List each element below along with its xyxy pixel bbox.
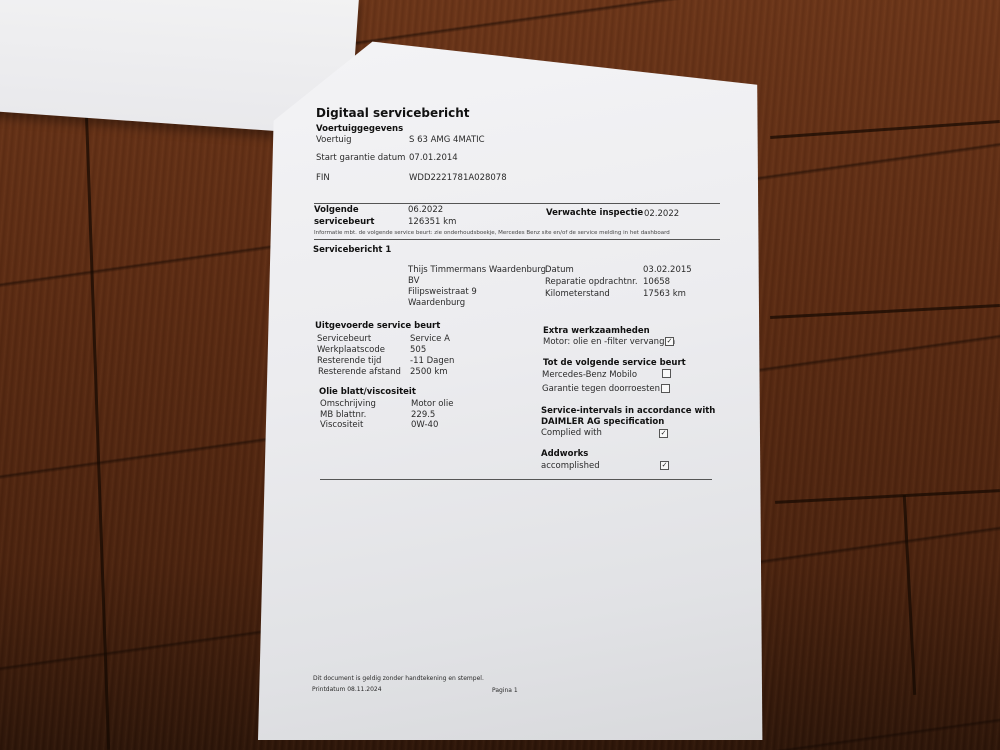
- extra-work-checkbox[interactable]: ✓: [665, 337, 674, 346]
- warranty-start-value: 07.01.2014: [409, 153, 458, 163]
- next-service-km: 126351 km: [408, 217, 456, 227]
- service-type-value: Service A: [410, 334, 450, 344]
- accomplished-label: accomplished: [541, 461, 600, 471]
- viscosity-value: 0W-40: [411, 420, 438, 430]
- service-report-document: Digitaal servicebericht Voertuiggegevens…: [0, 0, 1000, 750]
- divider: [314, 239, 720, 240]
- mb-sheet-value: 229.5: [411, 410, 435, 420]
- rust-warranty-label: Garantie tegen doorroesten: [542, 384, 660, 394]
- oil-description-label: Omschrijving: [320, 399, 376, 409]
- vehicle-value: S 63 AMG 4MATIC: [409, 135, 485, 145]
- vehicle-label: Voertuig: [316, 135, 352, 145]
- intervals-heading-line2: DAIMLER AG specification: [541, 417, 664, 427]
- remaining-time-value: -11 Dagen: [410, 356, 454, 366]
- mileage-value: 17563 km: [643, 289, 686, 299]
- warranty-start-label: Start garantie datum: [316, 153, 405, 163]
- page-number: Pagina 1: [492, 687, 518, 694]
- workshop-code-value: 505: [410, 345, 426, 355]
- fin-value: WDD2221781A028078: [409, 173, 507, 183]
- dealer-line: Thijs Timmermans Waardenburg: [408, 265, 546, 275]
- fin-label: FIN: [316, 173, 330, 183]
- extra-work-item-label: Motor: olie en -filter vervangen: [543, 337, 675, 347]
- viscosity-label: Viscositeit: [320, 420, 363, 430]
- remaining-distance-value: 2500 km: [410, 367, 448, 377]
- oil-heading: Olie blatt/viscositeit: [319, 387, 416, 397]
- extra-work-heading: Extra werkzaamheden: [543, 326, 650, 336]
- date-value: 03.02.2015: [643, 265, 692, 275]
- service-report-heading: Servicebericht 1: [313, 245, 391, 255]
- performed-service-heading: Uitgevoerde service beurt: [315, 321, 440, 331]
- validity-note: Dit document is geldig zonder handtekeni…: [313, 675, 484, 682]
- mb-sheet-label: MB blattnr.: [320, 410, 366, 420]
- inspection-label: Verwachte inspectie: [546, 208, 643, 218]
- complied-label: Complied with: [541, 428, 602, 438]
- inspection-value: 02.2022: [644, 209, 679, 219]
- mobilo-label: Mercedes-Benz Mobilo: [542, 370, 637, 380]
- mobilo-checkbox[interactable]: [662, 369, 671, 378]
- until-next-heading: Tot de volgende service beurt: [543, 358, 686, 368]
- mileage-label: Kilometerstand: [545, 289, 610, 299]
- print-date: Printdatum 08.11.2024: [312, 686, 382, 693]
- divider: [320, 479, 712, 480]
- next-service-label-line2: servicebeurt: [314, 217, 374, 227]
- dealer-line: Filipsweistraat 9: [408, 287, 477, 297]
- dealer-line: BV: [408, 276, 419, 286]
- rust-warranty-checkbox[interactable]: [661, 384, 670, 393]
- service-type-label: Servicebeurt: [317, 334, 371, 344]
- addworks-heading: Addworks: [541, 449, 588, 459]
- repair-order-label: Reparatie opdrachtnr.: [545, 277, 638, 287]
- complied-checkbox[interactable]: ✓: [659, 429, 668, 438]
- date-label: Datum: [545, 265, 574, 275]
- document-title: Digitaal servicebericht: [316, 106, 470, 120]
- repair-order-value: 10658: [643, 277, 670, 287]
- accomplished-checkbox[interactable]: ✓: [660, 461, 669, 470]
- vehicle-heading: Voertuiggegevens: [316, 124, 403, 134]
- next-service-info: Informatie mbt. de volgende service beur…: [314, 230, 670, 236]
- workshop-code-label: Werkplaatscode: [317, 345, 385, 355]
- intervals-heading-line1: Service-intervals in accordance with: [541, 406, 715, 416]
- next-service-date: 06.2022: [408, 205, 443, 215]
- remaining-time-label: Resterende tijd: [317, 356, 381, 366]
- oil-description-value: Motor olie: [411, 399, 453, 409]
- dealer-line: Waardenburg: [408, 298, 465, 308]
- next-service-label-line1: Volgende: [314, 205, 359, 215]
- divider: [314, 203, 720, 204]
- remaining-distance-label: Resterende afstand: [318, 367, 401, 377]
